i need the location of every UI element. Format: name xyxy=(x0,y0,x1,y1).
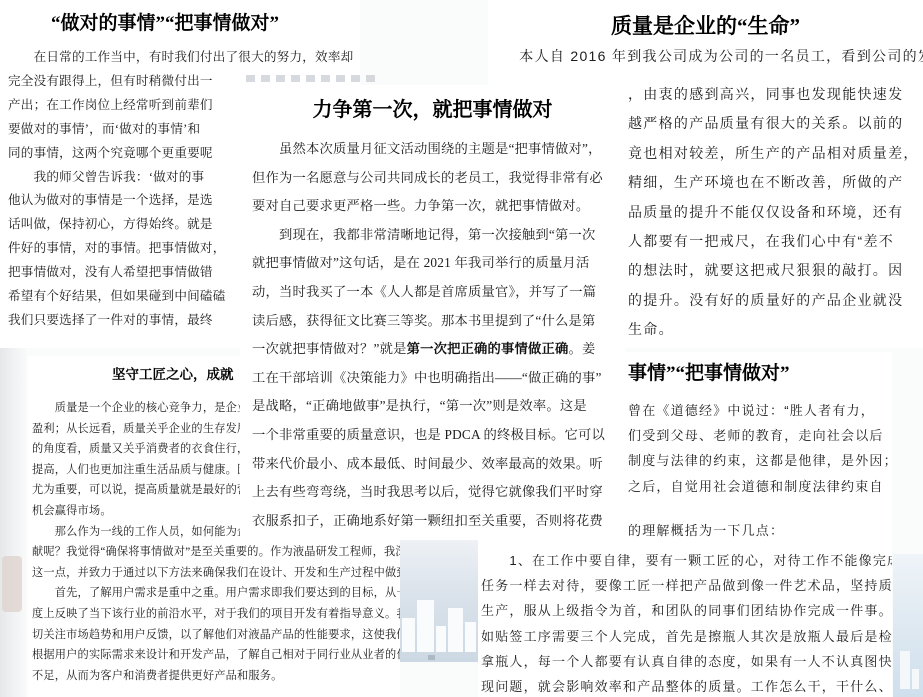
text-line: 生命。 xyxy=(628,315,919,344)
text-line: 之后，自觉用社会道德和制度法律约束自 xyxy=(628,474,892,499)
text-line: 拿瓶人，每一个人都要有认真自律的态度，如果有一人不认真图快出 xyxy=(481,649,892,674)
text-line: 切关注市场趋势和用户反馈，以了解他们对液晶产品的性能要求，这使我们能够 xyxy=(32,625,400,646)
essay-list-intro: 的理解概括为一下几点： xyxy=(628,520,784,539)
text-line: 精细，生产环境也在不断改善，所做的产 xyxy=(628,168,919,197)
text-line: 就把事情做对”这句话，是在 2021 年我司举行的质量月活 xyxy=(252,249,605,278)
essay-title-center: 力争第一次，就把事情做对 xyxy=(240,93,625,122)
text-line: 一次就把事情做对？”就是第一次把正确的事情做正确。姜 xyxy=(252,335,605,364)
text-line: 上去有些弯弯绕，当时我思考以后，觉得它就像我们平时穿 xyxy=(252,478,605,507)
text-line: 是战略，“正确地做事”是执行，“第一次”则是效率。这是 xyxy=(252,392,605,421)
text-line: 虽然本次质量月征文活动围绕的主题是“把事情做对”， xyxy=(252,135,605,164)
text-line: ，由衷的感到高兴，同事也发现能快速发 xyxy=(628,80,919,109)
building-shape xyxy=(402,618,415,652)
building-shape xyxy=(900,651,910,689)
text-line: 1、在工作中要自律，要有一颗工匠的心，对待工作不能像完成 xyxy=(481,548,892,573)
text-line: 这一点，并致力于通过以下方法来确保我们在设计、开发和生产过程中做到最好； xyxy=(32,563,400,584)
essay-title-top-right: 质量是企业的“生命” xyxy=(488,10,923,40)
city-silhouette-graphic xyxy=(398,534,480,662)
building-shape xyxy=(436,626,446,652)
building-shape xyxy=(912,669,919,689)
essay-body-bottom-right-upper: 曾在《道德经》中说过：“胜人者有力，们受到父母、老师的教育，走向社会以后制度与法… xyxy=(628,398,892,499)
text-line: 在日常的工作当中，有时我们付出了很大的努力，效率却 xyxy=(8,46,353,70)
text-line: 根据用户的实际需求来设计和开发产品，了解自己相对于同行业从业者的优势和 xyxy=(32,645,400,666)
text-line: 品质量的提升不能仅仅设备和环境，还有 xyxy=(628,198,919,227)
building-shape xyxy=(448,608,463,652)
text-line: 如贴签工序需要三个人完成，首先是擦瓶人其次是放瓶人最后是检查 xyxy=(481,624,892,649)
right-edge-city-graphic xyxy=(893,554,923,697)
essay-title-top-left: “做对的事情”“把事情做对” xyxy=(0,8,330,35)
text-line: 生产，服从上级指令为首，和团队的同事们团结协作完成一件事。 比 xyxy=(481,598,892,623)
text-line: 们受到父母、老师的教育，走向社会以后 xyxy=(628,423,892,448)
text-line: 一个非常重要的质量意识，也是 PDCA 的终极目标。它可以 xyxy=(252,421,605,450)
building-shape xyxy=(417,600,434,652)
text-line: 现问题，就会影响效率和产品整体的质量。工作怎么干，干什么、如 xyxy=(481,674,892,697)
essay-body-center: 虽然本次质量月征文活动围绕的主题是“把事情做对”，但作为一名愿意与公司共同成长的… xyxy=(252,135,605,535)
text-line: 竟也相对较差，所生产的产品相对质量差， xyxy=(628,139,919,168)
text-line: 不足，从而为客户和消费者提供更好产品和服务。 xyxy=(32,666,400,687)
text-line: 工在干部培训《决策能力》中也明确指出——“做正确的事” xyxy=(252,364,605,393)
slide-canvas: “做对的事情”“把事情做对” 在日常的工作当中，有时我们付出了很大的努力，效率却… xyxy=(0,0,923,697)
text-line: 读后感，获得征文比赛三等奖。那本书里提到了“什么是第 xyxy=(252,307,605,336)
text-line: 动，当时我买了一本《人人都是首席质量官》，并写了一篇 xyxy=(252,278,605,307)
essay-panel-center: 力争第一次，就把事情做对 虽然本次质量月征文活动围绕的主题是“把事情做对”，但作… xyxy=(240,85,625,540)
text-line: 度上反映了当下该行业的前沿水平，对于我们的项目开发有着指导意义。我们密 xyxy=(32,604,400,625)
essay-title-bottom-left: 坚守工匠之心，成就 xyxy=(112,363,234,383)
text-line: 带来代价最小、成本最低、时间最少、效率最高的效果。听 xyxy=(252,450,605,479)
essay-title-bottom-right: 事情”“把事情做对” xyxy=(628,358,790,385)
text-line: 越严格的产品质量有很大的关系。以前的 xyxy=(628,109,919,138)
left-edge-graphic xyxy=(2,556,22,612)
building-speck xyxy=(428,655,435,660)
text-line: 曾在《道德经》中说过：“胜人者有力， xyxy=(628,398,892,423)
building-shape xyxy=(465,622,476,652)
text-line: 献呢？我觉得“确保将事情做对”是至关重要的。作为液晶研发工程师，我深知 xyxy=(32,542,400,563)
essay-opening-line: 本人自 2016 年到我公司成为公司的一名员工，看到公司的发展 xyxy=(504,46,923,66)
text-line: 要对自己要求更严格一些。力争第一次，就把事情做对。 xyxy=(252,192,605,221)
text-line: 到现在，我都非常清晰地记得，第一次接触到“第一次 xyxy=(252,221,605,250)
text-line: 的想法时，就要这把戒尺狠狠的敲打。因 xyxy=(628,256,919,285)
text-line: 制度与法律的约束，这都是他律，是外因； xyxy=(628,448,892,473)
text-line: 首先，了解用户需求是重中之重。用户需求即我们要达到的目标，从一定程 xyxy=(32,583,400,604)
text-line: 衣服系扣子，正确地系好第一颗纽扣至关重要，否则将花费 xyxy=(252,507,605,536)
text-line: 但作为一名愿意与公司共同成长的老员工，我觉得非常有必 xyxy=(252,164,605,193)
text-line: 的提升。没有好的质量好的产品企业就没 xyxy=(628,286,919,315)
text-line: 任务一样去对待，要像工匠一样把产品做到像一件艺术品，坚持质量 xyxy=(481,573,892,598)
essay-body-top-right: ，由衷的感到高兴，同事也发现能快速发越严格的产品质量有很大的关系。以前的竟也相对… xyxy=(628,80,919,345)
text-line: 人都要有一把戒尺，在我们心中有“差不 xyxy=(628,227,919,256)
faded-text-artifact xyxy=(246,75,380,82)
essay-body-bottom-right-list: 1、在工作中要自律，要有一颗工匠的心，对待工作不能像完成任务一样去对待，要像工匠… xyxy=(481,548,892,697)
